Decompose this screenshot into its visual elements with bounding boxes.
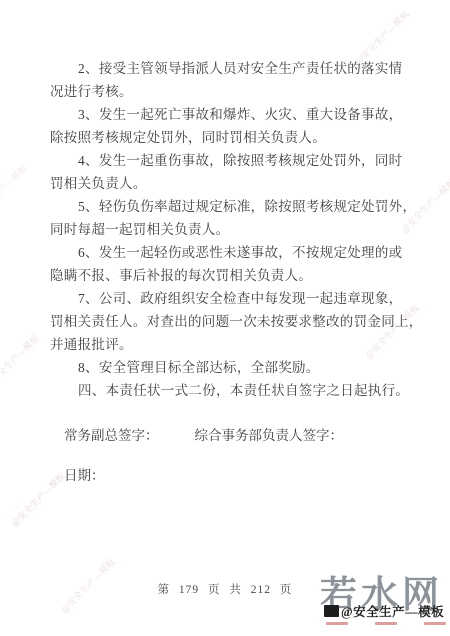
- body-line: 隐瞒不报、事后补报的每次罚相关负责人。: [50, 264, 422, 287]
- body-line: 4、发生一起重伤事故，除按照考核规定处罚外，同时: [50, 149, 422, 172]
- document-body: 2、接受主管领导指派人员对安全生产责任状的落实情况进行考核。3、发生一起死亡事故…: [50, 57, 422, 402]
- body-line: 7、公司、政府组织安全检查中每发现一起违章现象，: [50, 287, 422, 310]
- diagonal-watermark: @安全生产—模板: [8, 470, 68, 530]
- signature-row: 常务副总签字：综合事务部负责人签字：: [64, 424, 343, 444]
- diagonal-watermark: @安全生产—模板: [0, 332, 42, 392]
- date-label: 日期：: [64, 464, 105, 484]
- signature-label-general-affairs: 综合事务部负责人签字：: [195, 428, 344, 443]
- body-line: 6、发生一起轻伤或恶性未遂事故，不按规定处理的或: [50, 241, 422, 264]
- body-line: 况进行考核。: [50, 80, 422, 103]
- brand-watermark: 若水网 @安全生产—模板: [320, 576, 448, 634]
- brand-overlay-text: @安全生产—模板: [341, 602, 444, 620]
- body-line: 8、安全管理目标全部达标，全部奖励。: [50, 356, 422, 379]
- body-line: 罚相关责任人。对查出的问题一次未按要求整改的罚金同上，: [50, 310, 422, 333]
- body-line: 除按照考核规定处罚外，同时罚相关负责人。: [50, 126, 422, 149]
- body-line: 2、接受主管领导指派人员对安全生产责任状的落实情: [50, 57, 422, 80]
- red-dash: [375, 622, 397, 625]
- body-line: 3、发生一起死亡事故和爆炸、火灾、重大设备事故，: [50, 103, 422, 126]
- red-dash: [424, 622, 446, 625]
- body-line: 同时每超一起罚相关负责人。: [50, 218, 422, 241]
- red-dash: [326, 622, 348, 625]
- body-line: 5、轻伤负伤率超过规定标准，除按照考核规定处罚外，: [50, 195, 422, 218]
- brand-overlay: @安全生产—模板: [324, 602, 444, 620]
- diagonal-watermark: @安全生产—模板: [0, 162, 30, 222]
- brand-red-marks: [326, 622, 446, 625]
- body-line: 四、本责任状一式二份，本责任状自签字之日起执行。: [50, 379, 422, 402]
- signature-label-deputy-gm: 常务副总签字：: [64, 428, 159, 443]
- body-line: 罚相关负责人。: [50, 172, 422, 195]
- body-line: 并通报批评。: [50, 333, 422, 356]
- document-page: @安全生产—模板 @安全生产—模板 @安全生产—模板 @安全生产—模板 @安全生…: [0, 0, 450, 636]
- brand-badge-icon: [324, 605, 339, 617]
